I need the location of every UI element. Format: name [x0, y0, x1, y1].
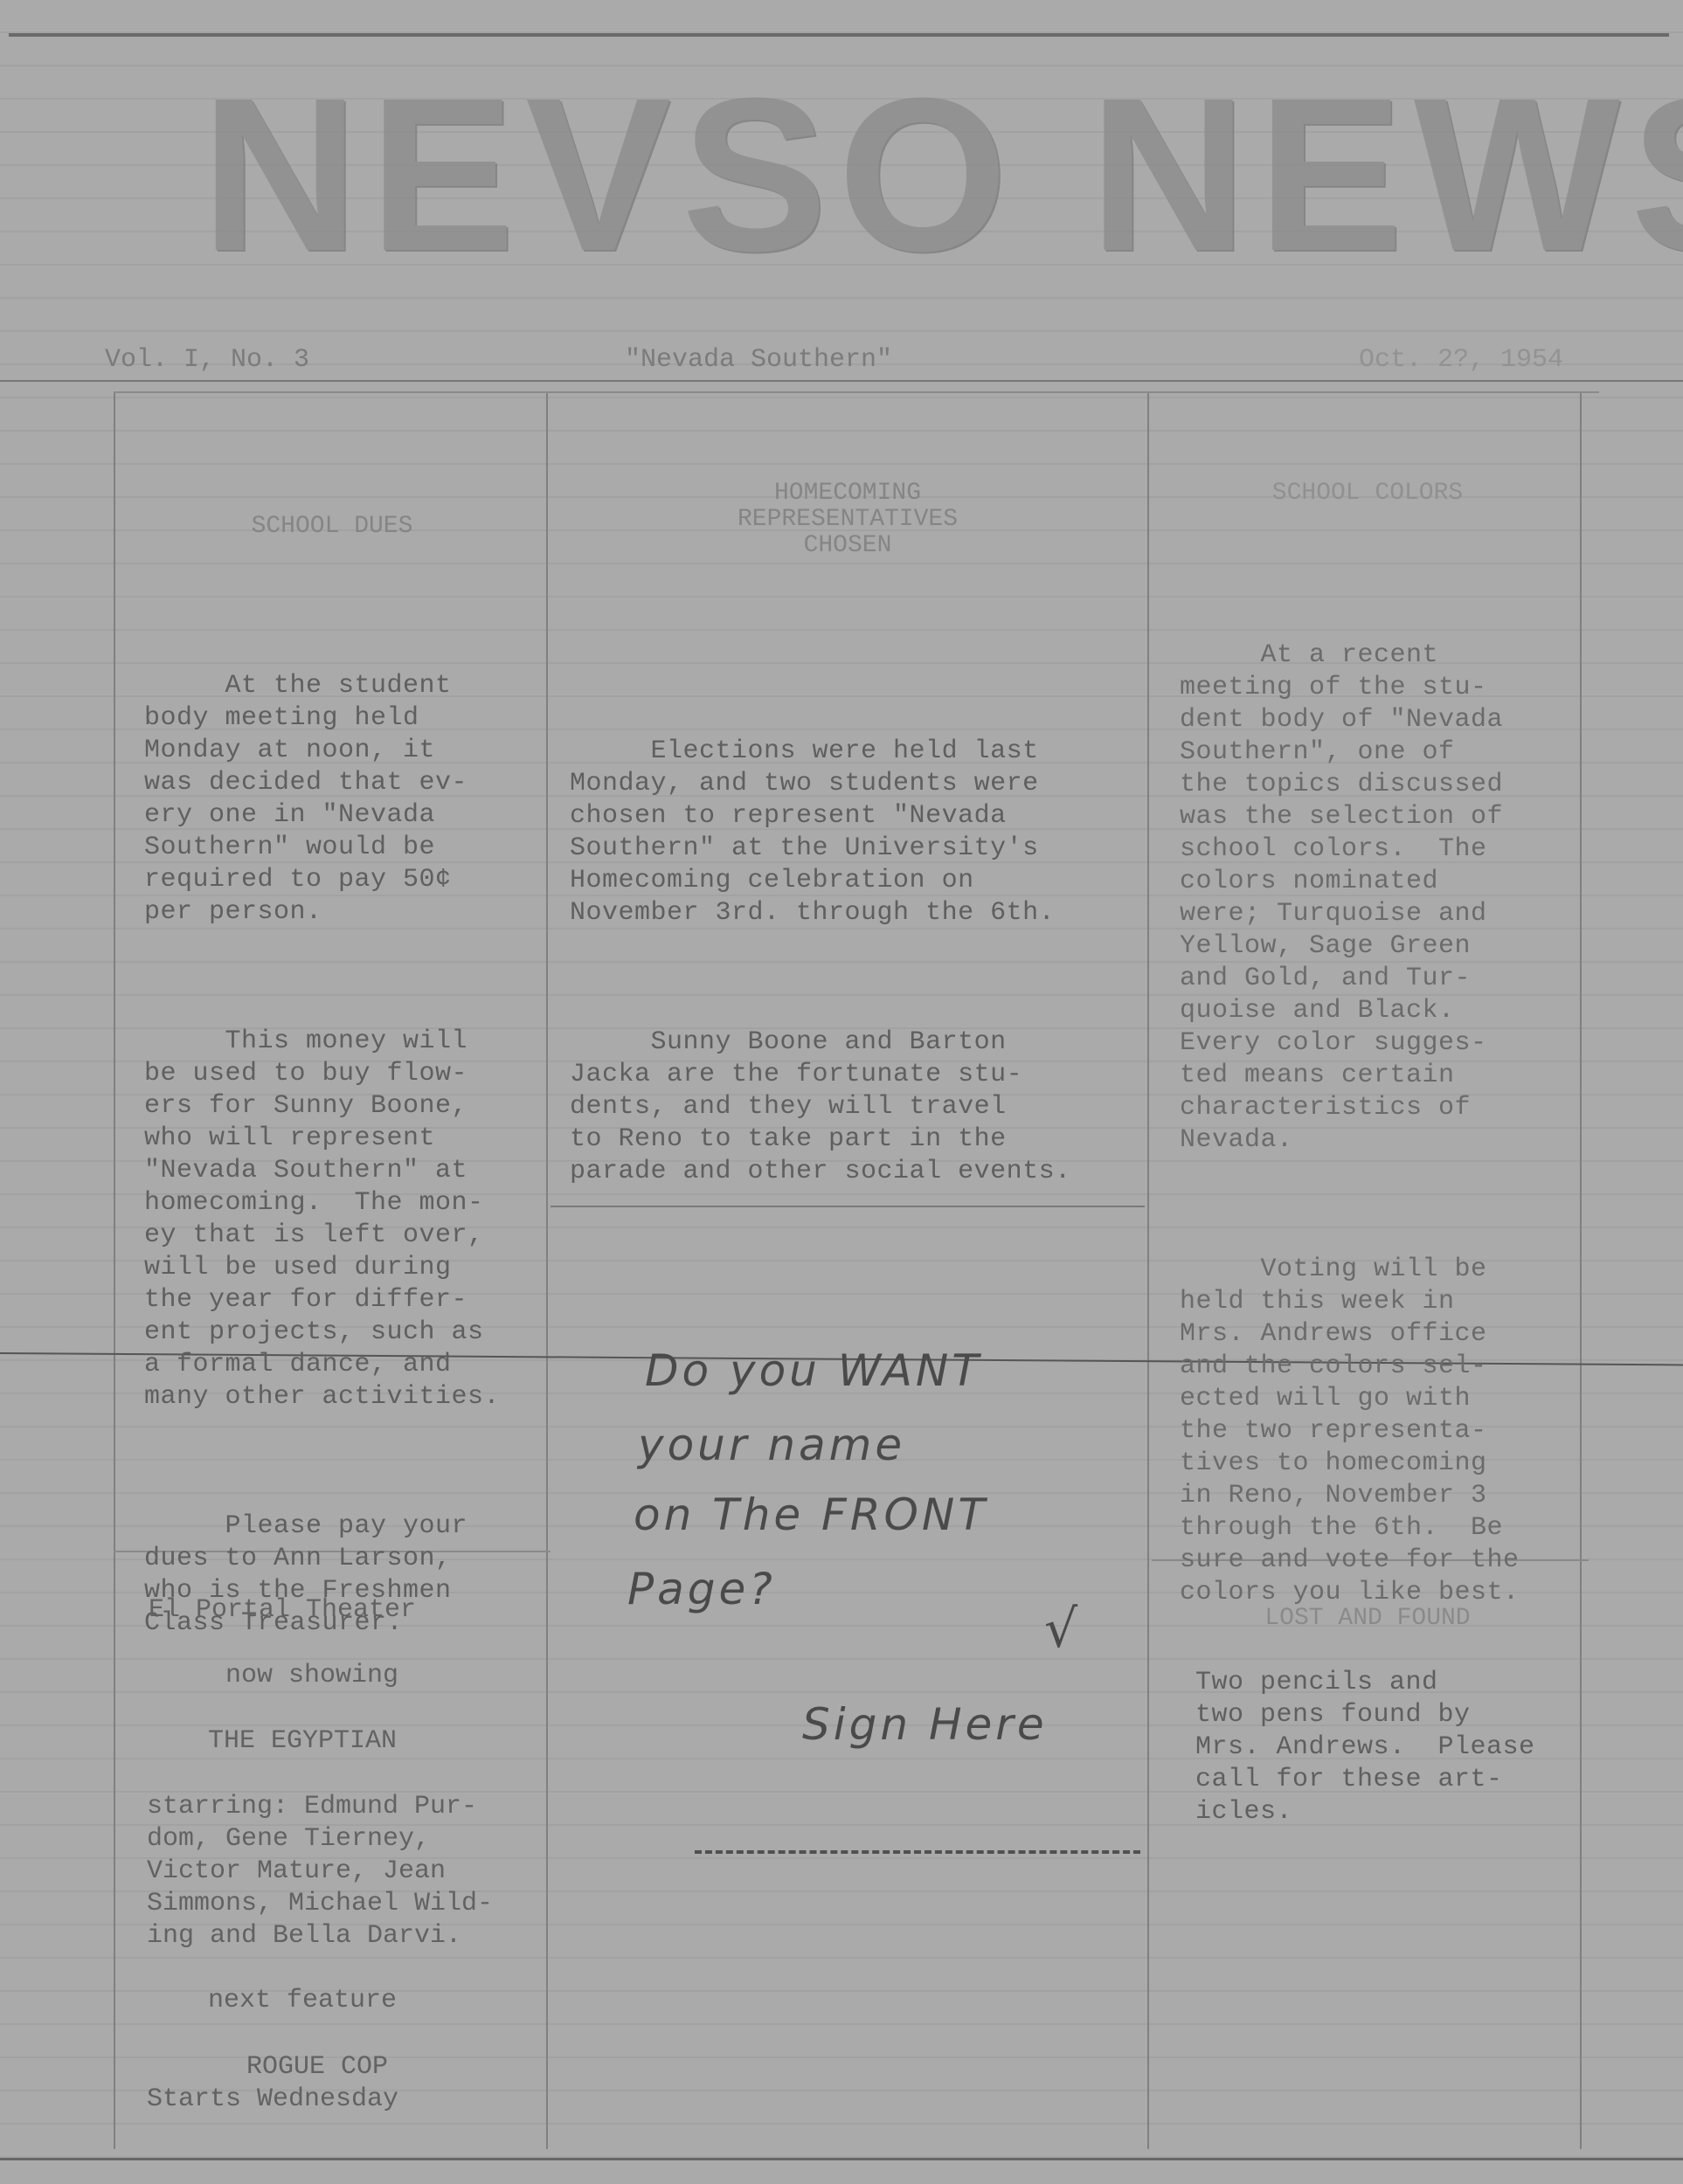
school-dues-paragraph: This money will be used to buy flow- ers…	[144, 1026, 500, 1413]
starring-cast: starring: Edmund Pur- dom, Gene Tierney,…	[147, 1791, 493, 1952]
signature-line[interactable]	[695, 1850, 1140, 1854]
lost-found-headline: LOST AND FOUND	[1162, 1606, 1573, 1632]
school-colors-paragraph: Voting will be held this week in Mrs. An…	[1180, 1254, 1520, 1609]
school-colors-paragraph: At a recent meeting of the stu- dent bod…	[1180, 639, 1520, 1157]
school-dues-article: At the student body meeting held Monday …	[144, 605, 500, 1737]
school-dues-headline: SCHOOL DUES	[131, 514, 533, 540]
theater-name: El Portal Theater	[149, 1594, 416, 1627]
school-colors-headline: SCHOOL COLORS	[1162, 480, 1573, 507]
school-dues-paragraph: At the student body meeting held Monday …	[144, 670, 500, 929]
handwritten-line-1: Do you WANT	[645, 1345, 982, 1396]
next-feature-start: Starts Wednesday	[147, 2084, 398, 2116]
issue-date: Oct. 2?, 1954	[1359, 345, 1563, 375]
school-colors-article: At a recent meeting of the stu- dent bod…	[1180, 575, 1520, 1706]
next-feature-title: ROGUE COP	[246, 2051, 388, 2084]
lost-found-article: Two pencils and two pens found by Mrs. A…	[1195, 1667, 1535, 1828]
column-divider-1	[546, 393, 548, 2149]
homecoming-article: Elections were held last Monday, and two…	[570, 671, 1071, 1285]
homecoming-paragraph: Sunny Boone and Barton Jacka are the for…	[570, 1026, 1071, 1188]
handwritten-line-4: Page?	[627, 1564, 776, 1614]
handwritten-line-2: your name	[638, 1420, 905, 1470]
now-showing-label: now showing	[225, 1660, 398, 1692]
newsletter-page: NEVSO NEWS Vol. I, No. 3 "Nevada Souther…	[0, 0, 1683, 2184]
column-divider-right	[1580, 393, 1582, 2149]
next-feature-label: next feature	[208, 1985, 397, 2017]
masthead-title: NEVSO NEWS	[201, 70, 1617, 280]
column-divider-2	[1147, 393, 1149, 2149]
sign-here-label: Sign Here	[802, 1699, 1048, 1750]
column-top-rule	[114, 391, 1599, 393]
homecoming-headline: HOMECOMING REPRESENTATIVES CHOSEN	[559, 480, 1136, 559]
column-divider-left	[114, 393, 115, 2149]
now-showing-title: THE EGYPTIAN	[208, 1725, 397, 1758]
top-rule	[9, 33, 1669, 37]
handwritten-line-3: on The FRONT	[634, 1489, 988, 1540]
masthead-rule	[0, 380, 1683, 382]
checkmark-icon: √	[1044, 1599, 1077, 1660]
homecoming-paragraph: Elections were held last Monday, and two…	[570, 736, 1071, 930]
bottom-rule	[0, 2158, 1683, 2160]
volume-number: Vol. I, No. 3	[105, 345, 309, 375]
school-name: "Nevada Southern"	[625, 345, 892, 375]
